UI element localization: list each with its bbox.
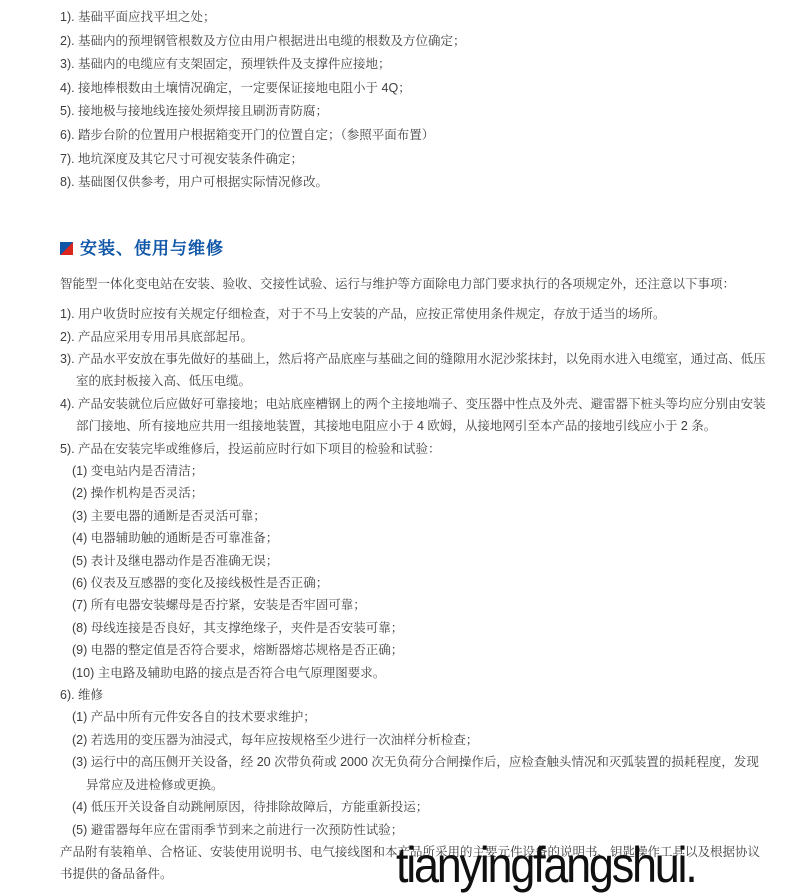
check-item: (9) 电器的整定值是否符合要求，熔断器熔芯规格是否正确； — [72, 639, 768, 661]
maintenance-item: (1) 产品中所有元件安各自的技术要求维护； — [72, 706, 768, 728]
document-page: 1). 基础平面应找平坦之处； 2). 基础内的预埋钢管根数及方位由用户根据进出… — [0, 0, 800, 886]
foundation-note: 2). 基础内的预埋钢管根数及方位由用户根据进出电缆的根数及方位确定； — [60, 30, 768, 54]
closing-paragraph: 产品附有装箱单、合格证、安装使用说明书、电气接线图和本产品所采用的主要元件设备的… — [60, 841, 768, 886]
install-item: 1). 用户收货时应按有关规定仔细检查，对于不马上安装的产品，应按正常使用条件规… — [60, 303, 768, 325]
install-item: 2). 产品应采用专用吊具底部起吊。 — [60, 326, 768, 348]
foundation-note: 5). 接地极与接地线连接处须焊接且刷沥青防腐； — [60, 100, 768, 124]
foundation-note: 3). 基础内的电缆应有支架固定，预埋铁件及支撑件应接地； — [60, 53, 768, 77]
check-item: (8) 母线连接是否良好，其支撑绝缘子，夹件是否安装可靠； — [72, 617, 768, 639]
maintenance-list: (1) 产品中所有元件安各自的技术要求维护； (2) 若选用的变压器为油浸式，每… — [72, 706, 768, 840]
foundation-note: 1). 基础平面应找平坦之处； — [60, 6, 768, 30]
install-use-list: 1). 用户收货时应按有关规定仔细检查，对于不马上安装的产品，应按正常使用条件规… — [60, 303, 768, 841]
maintenance-item: (3) 运行中的高压侧开关设备，经 20 次带负荷或 2000 次无负荷分合闸操… — [72, 751, 768, 796]
foundation-note: 6). 踏步台阶的位置用户根据箱变开门的位置自定；（参照平面布置） — [60, 124, 768, 148]
check-item: (6) 仪表及互感器的变化及接线极性是否正确； — [72, 572, 768, 594]
foundation-notes-list: 1). 基础平面应找平坦之处； 2). 基础内的预埋钢管根数及方位由用户根据进出… — [60, 6, 768, 195]
section-bullet-icon — [60, 242, 73, 255]
section-header: 安装、使用与维修 — [60, 238, 768, 260]
section-intro: 智能型一体化变电站在安装、验收、交接性试验、运行与维护等方面除电力部门要求执行的… — [60, 273, 768, 295]
maintenance-item: (4) 低压开关设备自动跳闸原因，待排除故障后，方能重新投运； — [72, 796, 768, 818]
check-item: (1) 变电站内是否清洁； — [72, 460, 768, 482]
check-item: (2) 操作机构是否灵活； — [72, 482, 768, 504]
foundation-note: 4). 接地棒根数由土壤情况确定，一定要保证接地电阻小于 4Q； — [60, 77, 768, 101]
install-item: 6). 维修 — [60, 684, 768, 706]
pre-commissioning-checks-list: (1) 变电站内是否清洁； (2) 操作机构是否灵活； (3) 主要电器的通断是… — [72, 460, 768, 684]
foundation-note: 8). 基础图仅供参考，用户可根据实际情况修改。 — [60, 171, 768, 195]
maintenance-item: (2) 若选用的变压器为油浸式，每年应按规格至少进行一次油样分析检查； — [72, 729, 768, 751]
install-item: 5). 产品在安装完毕或维修后，投运前应时行如下项目的检验和试验： — [60, 438, 768, 460]
check-item: (4) 电器辅助触的通断是否可靠准备； — [72, 527, 768, 549]
foundation-note: 7). 地坑深度及其它尺寸可视安装条件确定； — [60, 148, 768, 172]
check-item: (5) 表计及继电器动作是否准确无误； — [72, 550, 768, 572]
maintenance-item: (5) 避雷器每年应在雷雨季节到来之前进行一次预防性试验； — [72, 819, 768, 841]
install-item: 3). 产品水平安放在事先做好的基础上，然后将产品底座与基础之间的缝隙用水泥沙浆… — [60, 348, 768, 393]
section-title: 安装、使用与维修 — [80, 238, 224, 260]
install-item: 4). 产品安装就位后应做好可靠接地；电站底座槽钢上的两个主接地端子、变压器中性… — [60, 393, 768, 438]
check-item: (10) 主电路及辅助电路的接点是否符合电气原理图要求。 — [72, 662, 768, 684]
check-item: (7) 所有电器安装螺母是否拧紧，安装是否牢固可靠； — [72, 594, 768, 616]
check-item: (3) 主要电器的通断是否灵活可靠； — [72, 505, 768, 527]
